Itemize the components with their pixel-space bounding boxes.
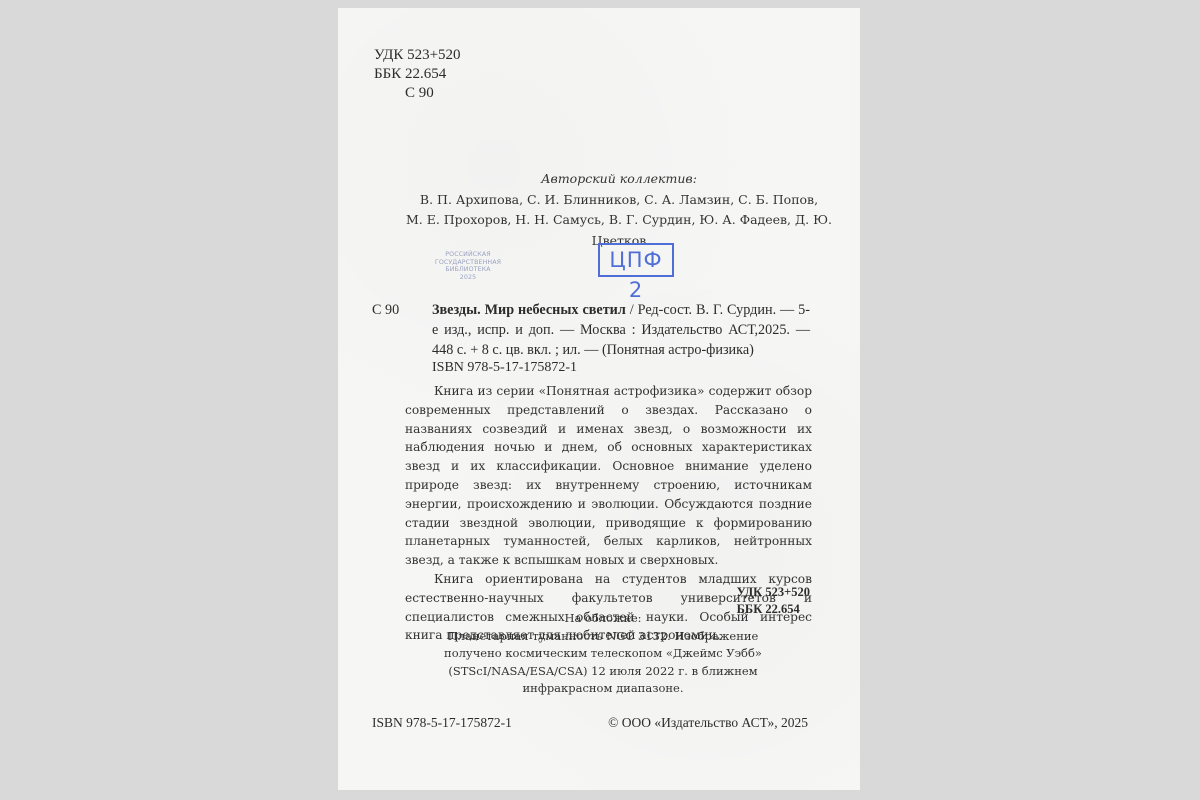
isbn: ISBN 978-5-17-175872-1 [432,358,577,378]
cover-note-line: инфракрасном диапазоне. [438,680,768,698]
cover-note: На обложке: Планетарная туманность NGC 3… [438,610,768,698]
authors-heading: Авторский коллектив: [378,169,860,190]
library-stamp-line: БИБЛИОТЕКА [418,266,518,274]
library-stamp-line: ГОСУДАРСТВЕННАЯ [418,259,518,267]
library-stamp-year: 2025 [418,274,518,282]
classification-top: УДК 523+520 ББК 22.654 С 90 [374,46,461,103]
cover-note-line: Планетарная туманность NGC 3132. Изображ… [438,628,768,646]
authors-line: В. П. Архипова, С. И. Блинников, С. А. Л… [378,190,860,211]
author-mark: С 90 [374,84,461,103]
book-title: Звезды. Мир небесных светил [432,302,626,318]
entry-code: С 90 [372,300,399,320]
library-stamp-line: РОССИЙСКАЯ [418,251,518,259]
authors-block: Авторский коллектив: В. П. Архипова, С. … [338,169,860,251]
book-imprint-page: УДК 523+520 ББК 22.654 С 90 Авторский ко… [338,8,860,790]
cover-note-line: (STScI/NASA/ESA/CSA) 12 июля 2022 г. в б… [438,663,768,681]
entry-text: Звезды. Мир небесных светил / Ред-сост. … [432,300,810,360]
cpf-stamp: ЦПФ 2 [598,243,674,277]
cover-note-line: получено космическим телескопом «Джеймс … [438,645,768,663]
footer-copyright: © ООО «Издательство АСТ», 2025 [608,714,808,732]
library-stamp: РОССИЙСКАЯ ГОСУДАРСТВЕННАЯ БИБЛИОТЕКА 20… [418,251,518,281]
udk-code: УДК 523+520 [737,584,810,601]
udk-code: УДК 523+520 [374,46,461,65]
footer-isbn: ISBN 978-5-17-175872-1 [372,714,512,732]
bibliographic-entry: С 90 Звезды. Мир небесных светил / Ред-с… [372,300,810,360]
cover-note-heading: На обложке: [438,610,768,628]
annotation-paragraph: Книга из серии «Понятная астрофизика» со… [405,382,812,570]
bbk-code: ББК 22.654 [374,65,461,84]
